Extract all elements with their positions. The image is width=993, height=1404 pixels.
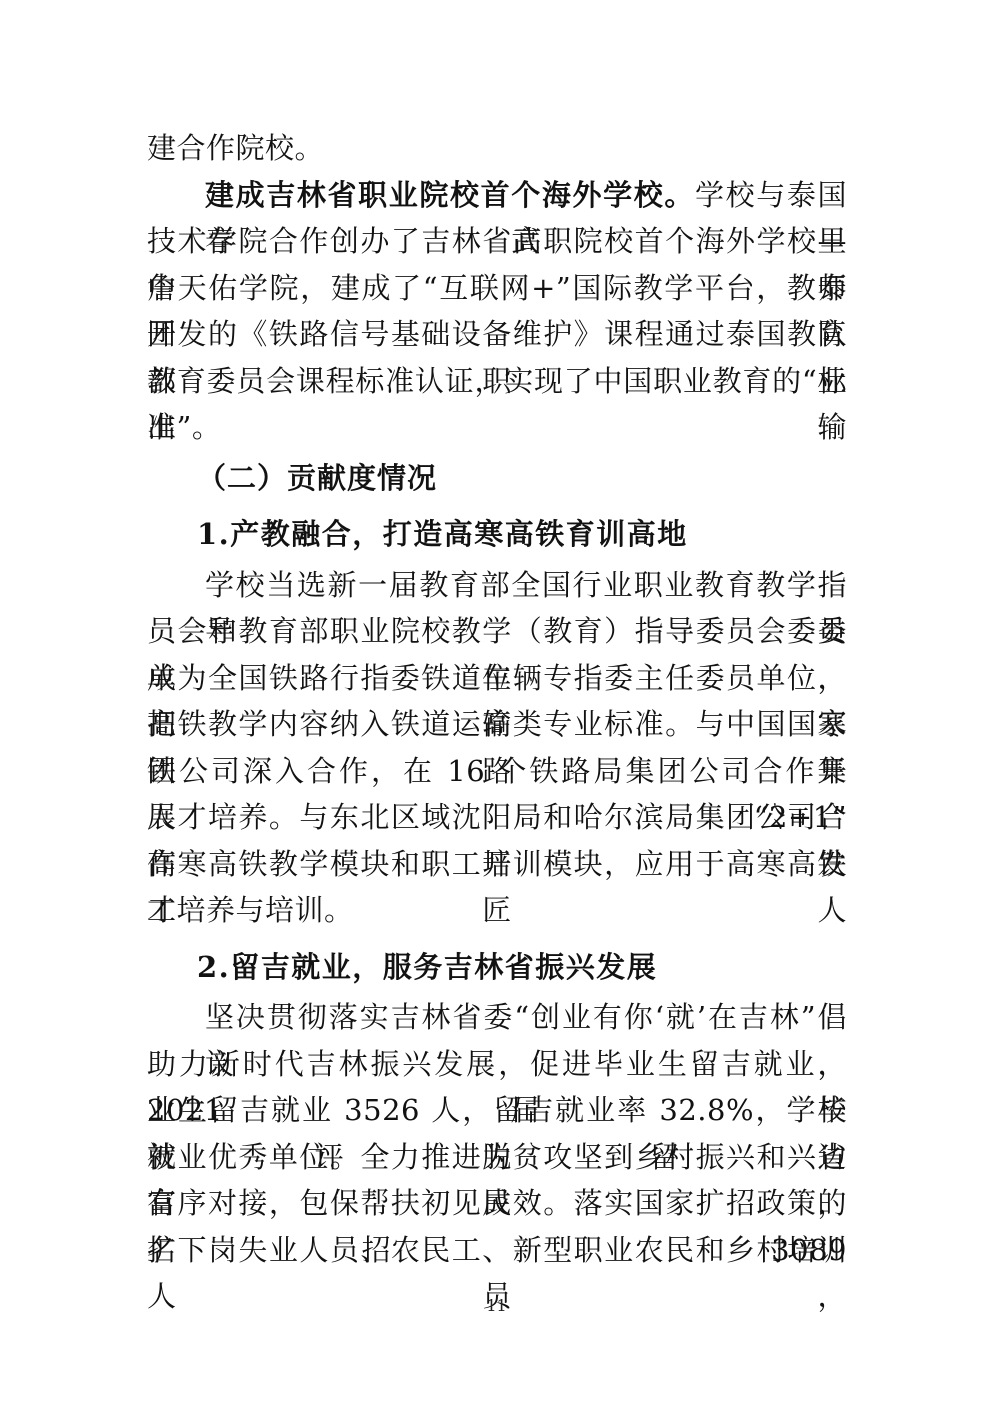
document-body: 建合作院校。 建成吉林省职业院校首个海外学校。学校与泰国春武里 技术学院合作创办…	[147, 125, 847, 1273]
page-number: 11	[0, 1296, 993, 1315]
body-line: 高铁教学内容纳入铁道运输类专业标准。与中国国家铁路集	[147, 701, 847, 748]
body-line-paragraph-start: 建成吉林省职业院校首个海外学校。学校与泰国春武里	[147, 172, 847, 219]
body-line: 团公司深入合作，在 16 个铁路局集团公司合作开展“2+1”	[147, 748, 847, 795]
body-line: 詹天佑学院，建成了“互联网+”国际教学平台，教师团队	[147, 265, 847, 312]
sub-heading-2: 2.留吉就业，服务吉林省振兴发展	[147, 944, 847, 991]
body-line: 成为全国铁路行指委铁道车辆专指委主任委员单位，把高寒	[147, 655, 847, 702]
body-line: 开发的《铁路信号基础设备维护》课程通过泰国教育部职业	[147, 311, 847, 358]
body-line: 业生留吉就业 3526 人，留吉就业率 32.8%，学校被评为留省	[147, 1087, 847, 1134]
section-heading: （二）贡献度情况	[147, 455, 847, 502]
sub-heading-1: 1.产教融合，打造高寒高铁育训高地	[147, 511, 847, 558]
body-line: 有序对接，包保帮扶初见成效。落实国家扩招政策，扩招 3089	[147, 1180, 847, 1227]
document-page: 建合作院校。 建成吉林省职业院校首个海外学校。学校与泰国春武里 技术学院合作创办…	[0, 0, 993, 1404]
body-line: 就业优秀单位。全力推进脱贫攻坚到乡村振兴和兴边富民的	[147, 1134, 847, 1181]
body-line-paragraph-start: 坚决贯彻落实吉林省委“创业有你‘就’在吉林”倡议，	[147, 994, 847, 1041]
body-line: 高寒高铁教学模块和职工培训模块，应用于高寒高铁工匠人	[147, 841, 847, 888]
body-line: 教育委员会课程标准认证，实现了中国职业教育的“标准输	[147, 358, 847, 405]
body-line: 建合作院校。	[147, 125, 847, 172]
body-line-paragraph-start: 学校当选新一届教育部全国行业职业教育教学指导委	[147, 562, 847, 609]
body-line: 名下岗失业人员、农民工、新型职业农民和乡村培训人员，	[147, 1227, 847, 1274]
body-line: 助力新时代吉林振兴发展，促进毕业生留吉就业，2021 届毕	[147, 1041, 847, 1088]
bold-lead-sentence: 建成吉林省职业院校首个海外学校。	[205, 178, 695, 212]
body-line: 技术学院合作创办了吉林省高职院校首个海外学校—中泰	[147, 218, 847, 265]
body-line: 员会和教育部职业院校教学（教育）指导委员会委员单位，	[147, 608, 847, 655]
body-line: 人才培养。与东北区域沈阳局和哈尔滨局集团公司合作开发	[147, 794, 847, 841]
